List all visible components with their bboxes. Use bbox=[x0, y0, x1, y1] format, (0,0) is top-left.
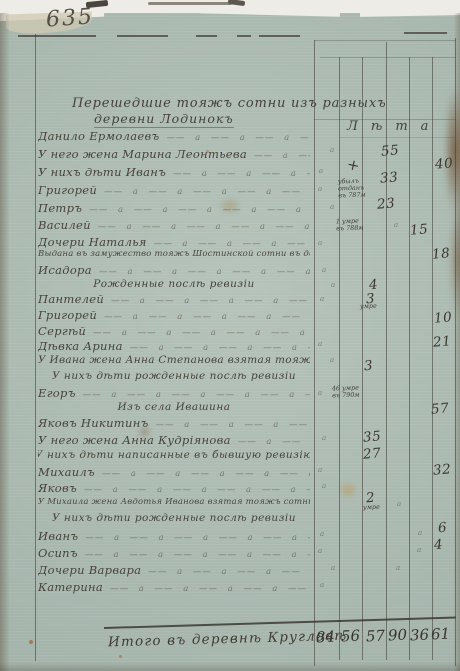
row-dash-filler: —— а —— а —— а —— а —— а —— а —— а —— bbox=[98, 222, 310, 232]
manuscript-row: Пантелей—— а —— а —— а —— а —— а —— а ——… bbox=[38, 292, 310, 306]
age-value: 23 bbox=[376, 195, 396, 213]
row-dash-filler: —— а —— а —— а —— а —— а —— а —— а —— bbox=[85, 550, 310, 560]
page-top-dash bbox=[117, 35, 168, 37]
row-dash-filler: —— а —— а —— а —— а —— а —— а —— а —— bbox=[85, 533, 310, 543]
margin-note-line: въ 787м bbox=[338, 191, 366, 199]
manuscript-row: Выдана въ замужество тояжъ Шостинской со… bbox=[38, 249, 310, 259]
manuscript-row: Дѣвка Арина—— а —— а —— а —— а —— а —— а… bbox=[38, 339, 310, 353]
margin-note-line: въ 790м bbox=[332, 391, 360, 399]
row-text: Пантелей bbox=[38, 292, 104, 306]
manuscript-row: Исадора—— а —— а —— а —— а —— а —— а —— … bbox=[38, 263, 310, 277]
manuscript-row: Дочери Наталья—— а —— а —— а —— а —— а —… bbox=[38, 235, 310, 249]
ditto-mark: а bbox=[320, 295, 324, 303]
row-dash-filler: —— а —— а —— а —— а —— а —— а —— а —— bbox=[93, 328, 310, 338]
manuscript-row: Яковъ—— а —— а —— а —— а —— а —— а —— а … bbox=[38, 481, 310, 495]
manuscript-row: Григорей—— а —— а —— а —— а —— а —— а ——… bbox=[38, 308, 310, 322]
scan-edge-mark bbox=[148, 2, 232, 5]
section-header-line1: Перешедшие тояжъ сотни изъ разныхъ bbox=[72, 96, 386, 111]
age-value: 40 bbox=[434, 155, 454, 173]
row-text: У Ивана жена Анна Степанова взятая тояжъ… bbox=[38, 354, 310, 366]
age-value: 21 bbox=[432, 333, 452, 351]
manuscript-row: Егоръ—— а —— а —— а —— а —— а —— а —— а … bbox=[38, 386, 310, 400]
ditto-mark: а bbox=[418, 529, 422, 537]
total-value: 36 bbox=[410, 625, 430, 644]
age-value: 6 bbox=[437, 520, 447, 537]
row-dash-filler: —— а —— а —— а —— а —— а —— а —— а —— bbox=[99, 267, 310, 277]
manuscript-row: Василей—— а —— а —— а —— а —— а —— а —— … bbox=[38, 218, 310, 232]
manuscript-row: Иванъ—— а —— а —— а —— а —— а —— а —— а … bbox=[38, 529, 310, 543]
rust-spot bbox=[29, 640, 33, 644]
margin-note-line: умре bbox=[360, 303, 377, 310]
row-text: Василей bbox=[38, 218, 91, 232]
row-text: У Михаила жена Авдотья Иванова взятая то… bbox=[38, 497, 310, 507]
ditto-mark: а bbox=[318, 466, 322, 474]
manuscript-row: Изъ села Ивашина bbox=[38, 401, 310, 413]
age-value: 32 bbox=[432, 461, 452, 479]
ink-stain bbox=[444, 86, 460, 216]
row-text: Иванъ bbox=[38, 529, 78, 543]
table-vertical-line bbox=[314, 40, 315, 666]
row-dash-filler: —— а —— а —— а —— а —— а —— а —— а —— bbox=[148, 567, 310, 577]
table-horizontal-line bbox=[340, 137, 455, 138]
manuscript-row: Осипъ—— а —— а —— а —— а —— а —— а —— а … bbox=[38, 546, 310, 560]
row-text: Яковъ bbox=[38, 481, 77, 495]
ditto-mark: а bbox=[318, 185, 322, 193]
manuscript-row: У Ивана жена Анна Степанова взятая тояжъ… bbox=[38, 354, 310, 366]
row-text: У нихъ дѣти рожденные послѣ ревизіи bbox=[52, 512, 296, 524]
total-value: 61 bbox=[431, 625, 451, 644]
row-dash-filler: —— а —— а —— а —— а —— а —— а —— а —— bbox=[110, 584, 310, 594]
row-text: У нихъ дѣти написанные въ бывшую ревизію bbox=[38, 449, 310, 461]
row-text: Михаилъ bbox=[38, 465, 95, 479]
row-dash-filler: —— а —— а —— а —— а —— а —— а —— а —— bbox=[104, 187, 310, 197]
table-horizontal-line bbox=[314, 40, 456, 41]
age-value: 35 bbox=[362, 428, 382, 446]
row-text: Данило Ермолаевъ bbox=[38, 129, 159, 143]
row-text: Дочери Наталья bbox=[38, 235, 147, 249]
row-text: У него жена Анна Кудріянова bbox=[38, 433, 231, 447]
ditto-mark: а bbox=[330, 356, 334, 364]
age-value: 4 bbox=[433, 537, 443, 554]
page-top-dash bbox=[18, 35, 96, 37]
ditto-mark: а bbox=[322, 434, 326, 442]
age-value: 27 bbox=[362, 445, 382, 463]
margin-note: 46 умревъ 790м bbox=[332, 385, 360, 400]
row-dash-filler: —— а —— а —— а —— а —— а —— а —— а —— bbox=[84, 485, 310, 495]
manuscript-row: Михаилъ—— а —— а —— а —— а —— а —— а —— … bbox=[38, 465, 310, 479]
table-vertical-line bbox=[455, 38, 456, 666]
ditto-mark: а bbox=[331, 564, 335, 572]
rust-spot bbox=[119, 655, 122, 658]
row-text: Исадора bbox=[38, 263, 92, 277]
row-dash-filler: —— а —— а —— а —— а —— а —— а —— а —— bbox=[154, 239, 310, 249]
row-dash-filler: —— а —— а —— а —— а —— а —— а —— а —— bbox=[111, 296, 310, 306]
row-text: Григорей bbox=[38, 183, 97, 197]
manuscript-row: У него жена Марина Леонтьева—— а —— а ——… bbox=[38, 147, 310, 161]
manuscript-row: Катерина—— а —— а —— а —— а —— а —— а ——… bbox=[38, 580, 310, 594]
row-dash-filler: —— а —— а —— а —— а —— а —— а —— а —— bbox=[166, 133, 310, 143]
row-dash-filler: —— а —— а —— а —— а —— а —— а —— а —— bbox=[89, 205, 310, 215]
row-text: Выдана въ замужество тояжъ Шостинской со… bbox=[38, 249, 310, 259]
ditto-mark: а bbox=[394, 221, 398, 229]
folio-number: 635 bbox=[45, 4, 95, 32]
ditto-mark: а bbox=[331, 281, 335, 289]
margin-note: убылъотданъвъ 787м bbox=[338, 178, 366, 199]
row-text: У нихъ дѣти рожденные послѣ ревизіи bbox=[52, 370, 296, 382]
total-value: 56 bbox=[341, 627, 361, 646]
manuscript-row: У Михаила жена Авдотья Иванова взятая то… bbox=[38, 497, 310, 507]
row-text: Сергѣй bbox=[38, 324, 86, 338]
page-top-dash bbox=[196, 35, 217, 37]
ditto-mark: а bbox=[322, 482, 326, 490]
age-value: 33 bbox=[379, 169, 399, 187]
manuscript-row: Рожденные послѣ ревизіи bbox=[38, 278, 310, 290]
age-value: 55 bbox=[380, 142, 400, 160]
manuscript-row: Григорей—— а —— а —— а —— а —— а —— а ——… bbox=[38, 183, 310, 197]
age-value: 10 bbox=[433, 309, 453, 327]
row-text: Петръ bbox=[38, 201, 82, 215]
row-dash-filler: —— а —— а —— а —— а —— а —— а —— а —— bbox=[102, 469, 310, 479]
ditto-mark: а bbox=[330, 146, 334, 154]
ditto-mark: а bbox=[322, 266, 326, 274]
age-value: 15 bbox=[409, 221, 429, 239]
ditto-mark: а bbox=[318, 389, 322, 397]
manuscript-row: У него жена Анна Кудріянова—— а —— а —— … bbox=[38, 433, 310, 447]
scanned-manuscript-page: 635 Перешедшие тояжъ сотни изъ разныхъ д… bbox=[0, 0, 460, 671]
total-value: 90 bbox=[388, 626, 408, 645]
row-text: У нихъ дѣти Иванъ bbox=[38, 165, 166, 179]
row-text: Дочери Варвара bbox=[38, 563, 141, 577]
manuscript-row: Яковъ Никитинъ—— а —— а —— а —— а —— а —… bbox=[38, 416, 310, 430]
manuscript-row: У нихъ дѣти рожденные послѣ ревизіи bbox=[38, 370, 310, 382]
manuscript-row: Дочери Варвара—— а —— а —— а —— а —— а —… bbox=[38, 563, 310, 577]
table-vertical-line bbox=[432, 57, 433, 660]
manuscript-row: У нихъ дѣти рожденные послѣ ревизіи bbox=[38, 512, 310, 524]
row-text: Яковъ Никитинъ bbox=[38, 416, 149, 430]
margin-note: 1 умревъ 788м bbox=[336, 218, 364, 233]
total-value: 84 bbox=[316, 628, 336, 647]
margin-note: умре bbox=[363, 504, 380, 511]
table-horizontal-line bbox=[320, 57, 456, 58]
page-top-dash bbox=[237, 35, 251, 37]
manuscript-row: У нихъ дѣти написанные въ бывшую ревизію bbox=[38, 449, 310, 461]
row-text: Катерина bbox=[38, 580, 103, 594]
row-dash-filler: —— а —— а —— а —— а —— а —— а —— а —— bbox=[83, 390, 310, 400]
table-vertical-line bbox=[35, 34, 36, 661]
row-dash-filler: —— а —— а —— а —— а —— а —— а —— а —— bbox=[173, 169, 310, 179]
row-dash-filler: —— а —— а —— а —— а —— а —— а —— а —— bbox=[238, 437, 310, 447]
ditto-mark: а bbox=[320, 581, 324, 589]
ditto-mark: а bbox=[397, 500, 401, 508]
paper-bottom-edge-shadow bbox=[0, 662, 460, 671]
row-text: Григорей bbox=[38, 308, 97, 322]
manuscript-row: Сергѣй—— а —— а —— а —— а —— а —— а —— а… bbox=[38, 324, 310, 338]
row-dash-filler: —— а —— а —— а —— а —— а —— а —— а —— bbox=[254, 151, 310, 161]
ditto-mark: а bbox=[319, 167, 323, 175]
ditto-mark: а bbox=[396, 564, 400, 572]
row-dash-filler: —— а —— а —— а —— а —— а —— а —— а —— bbox=[130, 343, 310, 353]
ditto-mark: а bbox=[417, 546, 421, 554]
row-text: Егоръ bbox=[38, 386, 76, 400]
ditto-mark: а bbox=[320, 530, 324, 538]
margin-note-line: умре bbox=[363, 504, 380, 511]
row-dash-filler: —— а —— а —— а —— а —— а —— а —— а —— bbox=[104, 312, 310, 322]
section-header-line2: деревни Лодинокъ bbox=[94, 111, 234, 128]
row-text: Изъ села Ивашина bbox=[117, 401, 230, 413]
age-value: 57 bbox=[430, 400, 450, 418]
margin-note: умре bbox=[360, 303, 377, 310]
age-column-header: Лѣта bbox=[347, 119, 441, 134]
age-value: 18 bbox=[431, 245, 451, 263]
row-text: Осипъ bbox=[38, 546, 78, 560]
ditto-mark: а bbox=[330, 203, 334, 211]
table-vertical-line bbox=[409, 57, 410, 660]
ditto-mark: а bbox=[318, 340, 322, 348]
ditto-mark: а bbox=[318, 547, 322, 555]
table-vertical-line bbox=[339, 57, 340, 660]
margin-note-line: въ 788м bbox=[336, 224, 364, 232]
ditto-mark: а bbox=[318, 239, 322, 247]
paper-left-edge-shadow bbox=[0, 13, 9, 671]
age-value: 3 bbox=[363, 358, 373, 375]
page-top-dash bbox=[259, 35, 300, 37]
row-text: Дѣвка Арина bbox=[38, 339, 123, 353]
row-dash-filler: —— а —— а —— а —— а —— а —— а —— а —— bbox=[156, 420, 310, 430]
total-value: 57 bbox=[366, 626, 386, 645]
manuscript-row: Петръ—— а —— а —— а —— а —— а —— а —— а … bbox=[38, 201, 310, 215]
manuscript-row: Данило Ермолаевъ—— а —— а —— а —— а —— а… bbox=[38, 129, 310, 143]
page-top-dash bbox=[404, 32, 447, 34]
table-vertical-line bbox=[386, 42, 387, 660]
row-text: Рожденные послѣ ревизіи bbox=[93, 278, 255, 290]
row-text: У него жена Марина Леонтьева bbox=[38, 147, 247, 161]
manuscript-row: У нихъ дѣти Иванъ—— а —— а —— а —— а —— … bbox=[38, 165, 310, 179]
